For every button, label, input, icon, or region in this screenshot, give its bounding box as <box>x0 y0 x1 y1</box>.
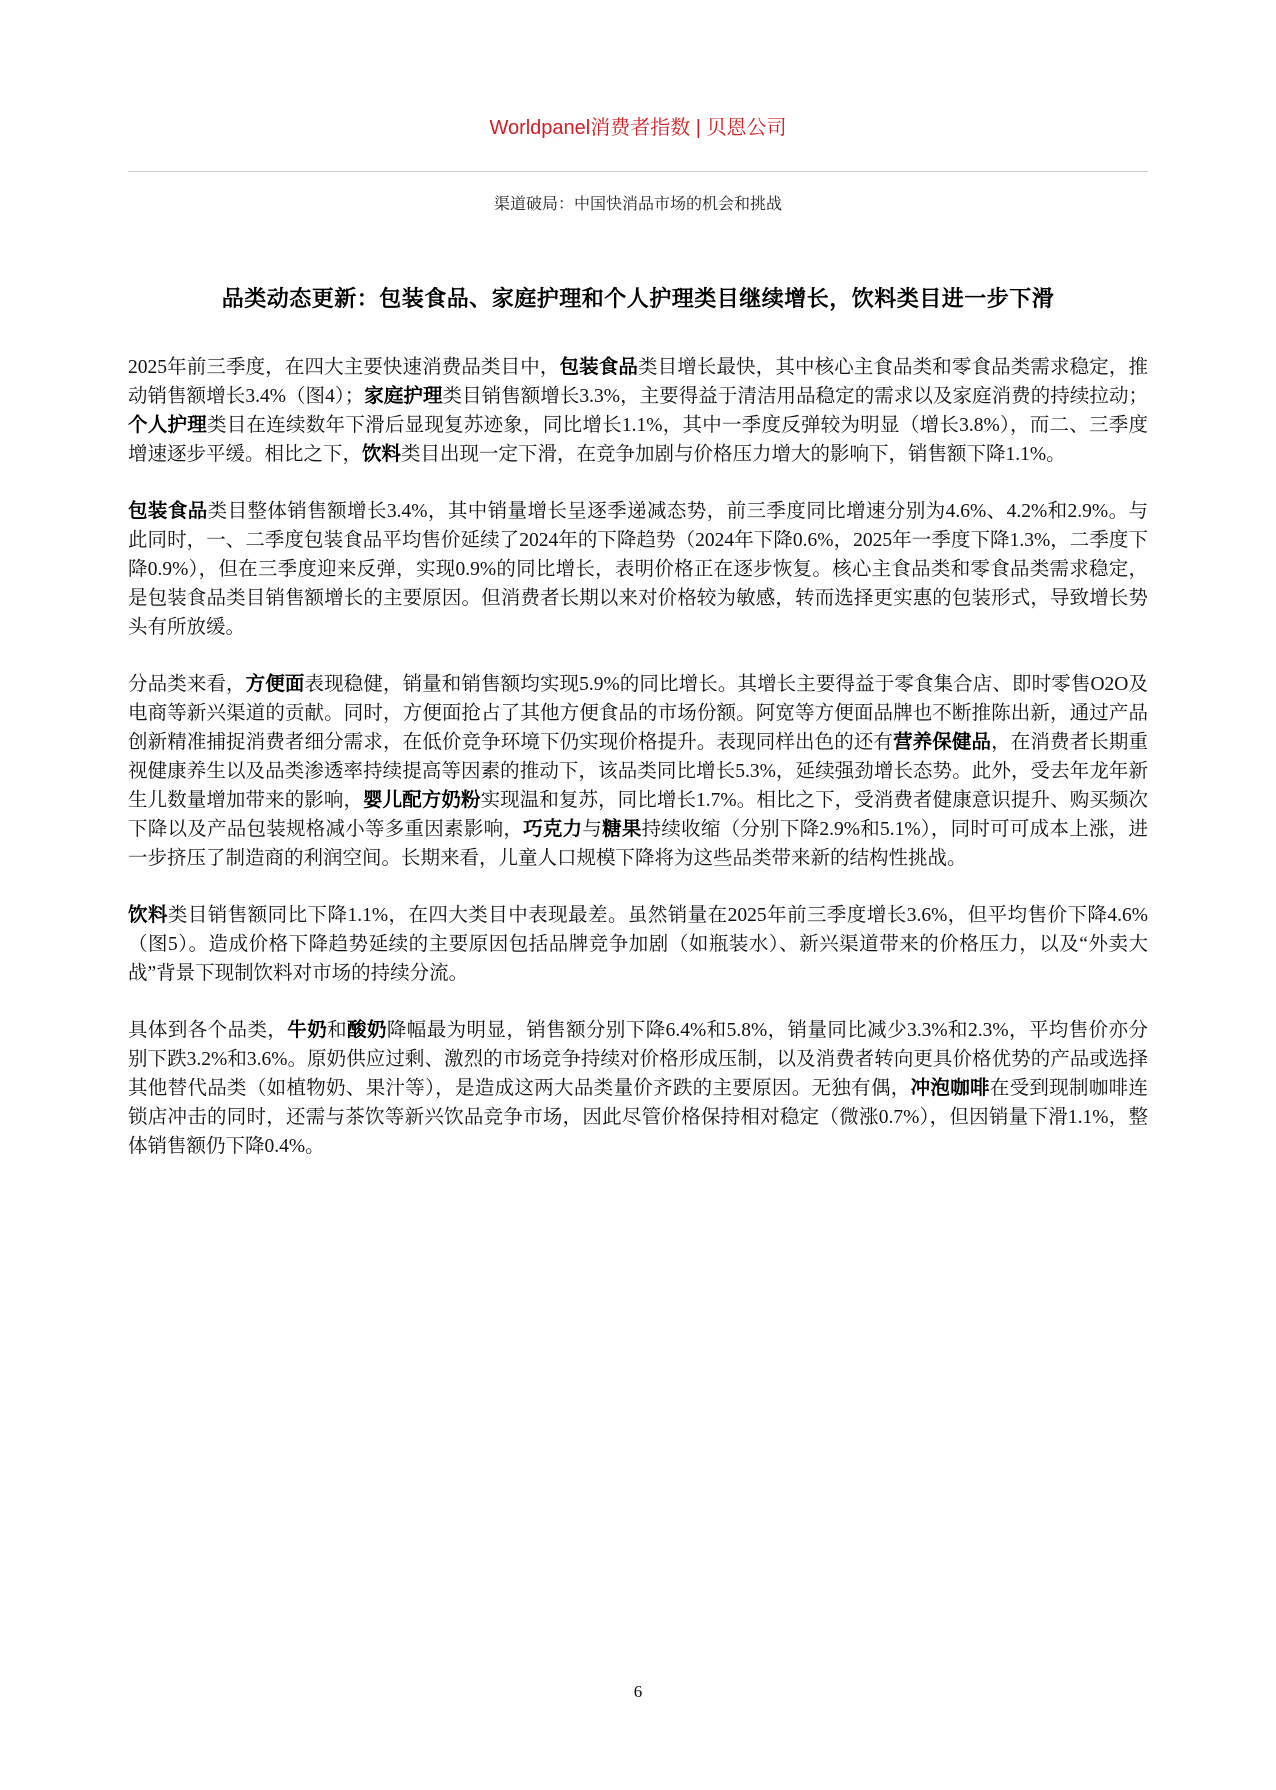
header-divider <box>128 171 1148 172</box>
paragraph-category-overview: 2025年前三季度，在四大主要快速消费品类目中，包装食品类目增长最快，其中核心主… <box>128 353 1148 469</box>
document-page: Worldpanel消费者指数 | 贝恩公司 渠道破局：中国快消品市场的机会和挑… <box>128 0 1148 1790</box>
paragraph-subcategories: 分品类来看，方便面表现稳健，销量和销售额均实现5.9%的同比增长。其增长主要得益… <box>128 670 1148 873</box>
report-subtitle: 渠道破局：中国快消品市场的机会和挑战 <box>128 193 1148 217</box>
paragraph-dairy-coffee: 具体到各个品类，牛奶和酸奶降幅最为明显，销售额分别下降6.4%和5.8%，销量同… <box>128 1016 1148 1161</box>
paragraph-packaged-food: 包装食品类目整体销售额增长3.4%，其中销量增长呈逐季递减态势，前三季度同比增速… <box>128 497 1148 642</box>
paragraph-beverage: 饮料类目销售额同比下降1.1%，在四大类目中表现最差。虽然销量在2025年前三季… <box>128 901 1148 988</box>
page-number: 6 <box>128 1682 1148 1702</box>
report-header-title: Worldpanel消费者指数 | 贝恩公司 <box>128 0 1148 142</box>
article-body: 2025年前三季度，在四大主要快速消费品类目中，包装食品类目增长最快，其中核心主… <box>128 353 1148 1161</box>
section-heading: 品类动态更新：包装食品、家庭护理和个人护理类目继续增长，饮料类目进一步下滑 <box>128 283 1148 315</box>
